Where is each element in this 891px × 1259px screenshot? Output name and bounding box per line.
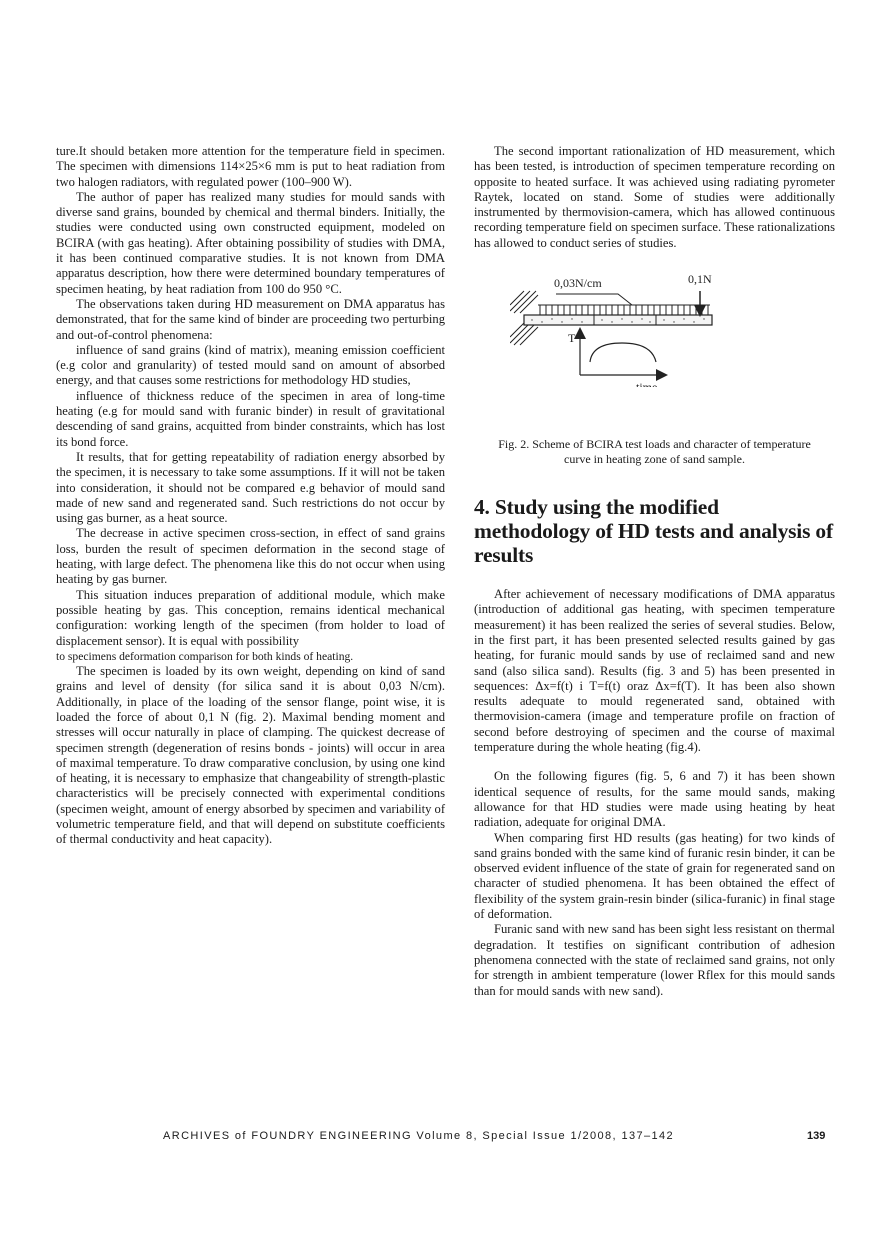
- journal-footer: ARCHIVES of FOUNDRY ENGINEERING Volume 8…: [163, 1130, 674, 1142]
- paragraph: On the following figures (fig. 5, 6 and …: [474, 769, 835, 830]
- paragraph: Furanic sand with new sand has been sigh…: [474, 922, 835, 998]
- figure-caption: Fig. 2. Scheme of BCIRA test loads and c…: [474, 437, 835, 467]
- list-item-paragraph: influence of sand grains (kind of matrix…: [56, 343, 445, 389]
- t-axis-label: T: [568, 331, 576, 345]
- paragraph: The second important rationalization of …: [474, 144, 835, 251]
- page-number: 139: [807, 1130, 825, 1142]
- paragraph: It results, that for getting repeatabili…: [56, 450, 445, 526]
- section-heading: 4. Study using the modified methodology …: [474, 495, 835, 567]
- paragraph: The specimen is loaded by its own weight…: [56, 664, 445, 848]
- left-column: ture.It should betaken more attention fo…: [56, 144, 445, 848]
- figure-2: 0,03N/cm 0,1N T time: [474, 263, 835, 433]
- load-leader-line: [556, 294, 632, 305]
- paragraph: The decrease in active specimen cross-se…: [56, 526, 445, 587]
- temperature-curve: [590, 343, 656, 362]
- distributed-load-label: 0,03N/cm: [554, 276, 602, 290]
- paragraph: After achievement of necessary modificat…: [474, 587, 835, 755]
- right-column: The second important rationalization of …: [474, 144, 835, 999]
- paragraph: This situation induces preparation of ad…: [56, 588, 445, 649]
- time-axis-label: time: [636, 380, 657, 387]
- list-item-paragraph: influence of thickness reduce of the spe…: [56, 389, 445, 450]
- paragraph: When comparing first HD results (gas hea…: [474, 831, 835, 923]
- paragraph-continuation: to specimens deformation comparison for …: [56, 649, 445, 664]
- bcira-scheme-diagram: 0,03N/cm 0,1N T time: [510, 267, 730, 387]
- load-ticks: [540, 305, 708, 315]
- paragraph: The observations taken during HD measure…: [56, 297, 445, 343]
- paragraph: The author of paper has realized many st…: [56, 190, 445, 297]
- specimen-beam: [524, 315, 712, 325]
- point-load-label: 0,1N: [688, 272, 712, 286]
- paragraph: ture.It should betaken more attention fo…: [56, 144, 445, 190]
